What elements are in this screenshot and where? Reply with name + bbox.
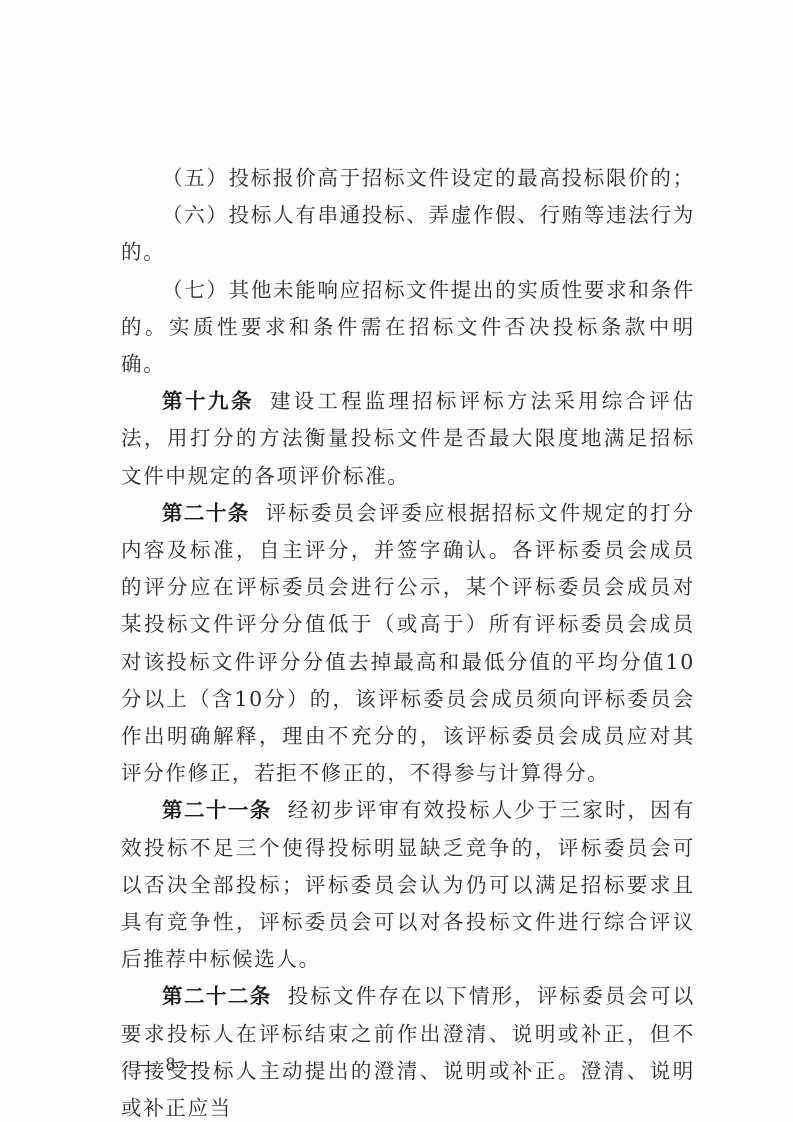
- list-item-7: （七）其他未能响应招标文件提出的实质性要求和条件的。实质性要求和条件需在招标文件…: [121, 272, 695, 384]
- article-19: 第十九条建设工程监理招标评标方法采用综合评估法，用打分的方法衡量投标文件是否最大…: [121, 383, 695, 495]
- paragraph-text: （五）投标报价高于招标文件设定的最高投标限价的；: [162, 166, 695, 190]
- article-20: 第二十条评标委员会评委应根据招标文件规定的打分内容及标准，自主评分，并签字确认。…: [121, 495, 695, 793]
- paragraph-text: 评标委员会评委应根据招标文件规定的打分内容及标准，自主评分，并签字确认。各评标委…: [121, 501, 695, 785]
- article-number: 第十九条: [162, 389, 254, 413]
- list-item-5: （五）投标报价高于招标文件设定的最高投标限价的；: [121, 160, 695, 197]
- document-body: （五）投标报价高于招标文件设定的最高投标限价的； （六）投标人有串通投标、弄虚作…: [121, 160, 695, 1122]
- page-number: — 8 —: [138, 1054, 205, 1076]
- paragraph-text: （七）其他未能响应招标文件提出的实质性要求和条件的。实质性要求和条件需在招标文件…: [121, 278, 695, 376]
- paragraph-text: 经初步评审有效投标人少于三家时，因有效投标不足三个使得投标明显缺乏竞争的，评标委…: [121, 798, 695, 971]
- article-21: 第二十一条经初步评审有效投标人少于三家时，因有效投标不足三个使得投标明显缺乏竞争…: [121, 792, 695, 978]
- article-22: 第二十二条投标文件存在以下情形，评标委员会可以要求投标人在评标结束之前作出澄清、…: [121, 978, 695, 1122]
- document-page: （五）投标报价高于招标文件设定的最高投标限价的； （六）投标人有串通投标、弄虚作…: [0, 0, 793, 1122]
- paragraph-text: （六）投标人有串通投标、弄虚作假、行贿等违法行为的。: [121, 203, 695, 264]
- list-item-6: （六）投标人有串通投标、弄虚作假、行贿等违法行为的。: [121, 197, 695, 271]
- article-number: 第二十二条: [162, 984, 272, 1008]
- article-number: 第二十一条: [162, 798, 272, 822]
- article-number: 第二十条: [162, 501, 250, 525]
